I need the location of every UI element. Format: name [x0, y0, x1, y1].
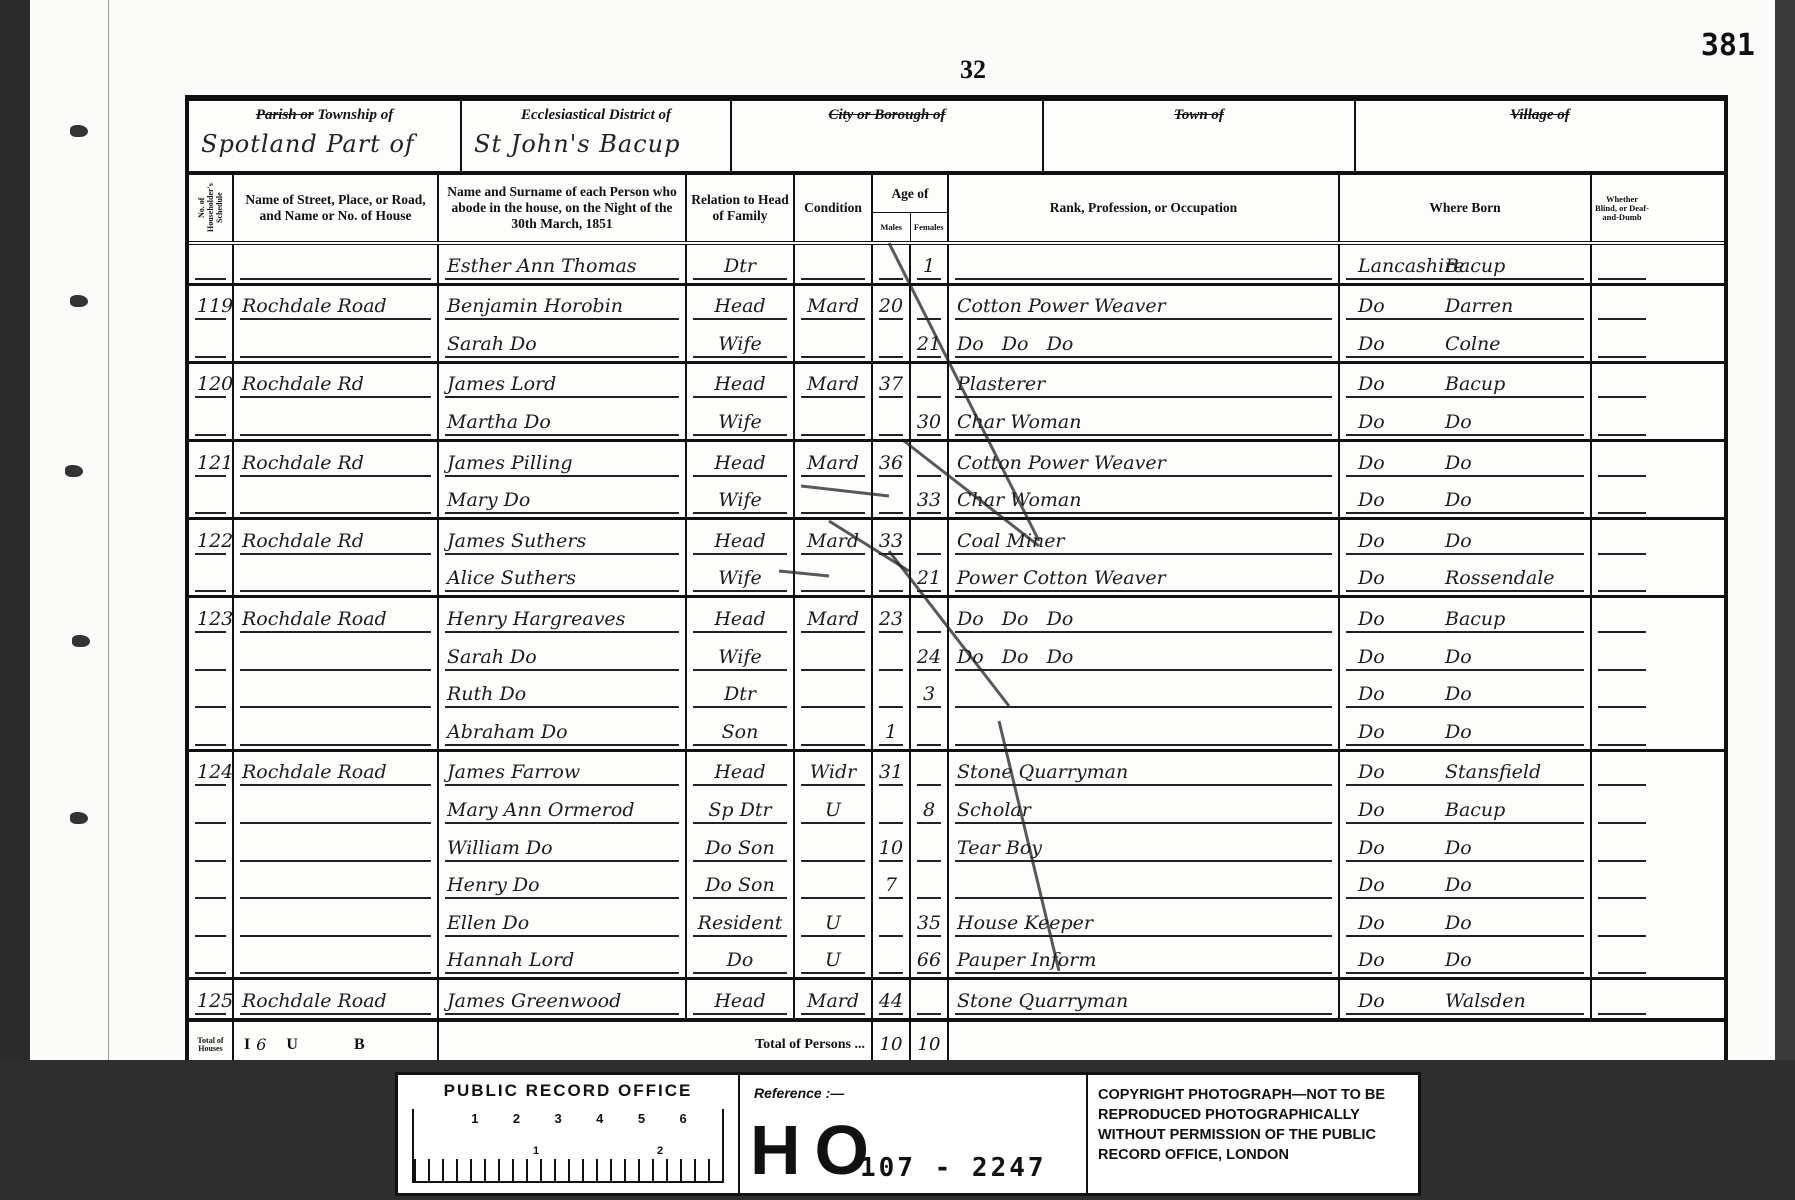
name-cell: Martha Do [439, 401, 687, 439]
relation-cell: Head [687, 442, 795, 480]
born-place: Do [1445, 452, 1472, 474]
male-age-cell: 37 [873, 364, 911, 402]
where-born-cell: DoBacup [1340, 789, 1592, 827]
female-age-cell [911, 980, 949, 1018]
relation-cell: Wife [687, 480, 795, 518]
name-value: James Pilling [447, 452, 573, 474]
male-age-cell: 7 [873, 865, 911, 903]
female-age-cell: 21 [911, 323, 949, 361]
town-label: Town of [1174, 107, 1224, 123]
occupation-value: Char Woman [957, 411, 1081, 433]
occupation-cell: Power Cotton Weaver [949, 558, 1340, 596]
relation-value: Head [687, 530, 793, 552]
occupation-value: Scholar [957, 799, 1031, 821]
blind-cell [1592, 980, 1652, 1018]
header-street: Name of Street, Place, or Road, and Name… [234, 175, 439, 241]
name-cell: Abraham Do [439, 711, 687, 749]
male-age-value: 37 [873, 373, 909, 395]
table-row: Abraham DoSon1DoDo [189, 711, 1724, 749]
schedule-cell: 122 [189, 520, 234, 558]
relation-value: Wife [687, 333, 793, 355]
condition-cell: Mard [795, 442, 873, 480]
condition-cell [795, 865, 873, 903]
table-row: Alice SuthersWife21Power Cotton WeaverDo… [189, 558, 1724, 596]
ruler-inch-label: 6 [679, 1111, 686, 1126]
schedule-cell [189, 558, 234, 596]
header-age: Age of Males Females [873, 175, 949, 241]
street-value: Rochdale Road [242, 990, 387, 1012]
born-county: Do [1358, 721, 1385, 743]
condition-value: Mard [795, 373, 871, 395]
occupation-value: House Keeper [957, 912, 1093, 934]
male-age-cell [873, 940, 911, 978]
male-age-cell: 44 [873, 980, 911, 1018]
header-where-born: Where Born [1340, 175, 1592, 241]
table-row: Esther Ann ThomasDtr1LancashireBacup [189, 245, 1724, 283]
born-place: Walsden [1445, 990, 1526, 1012]
name-value: Henry Do [447, 874, 540, 896]
table-row: Mary Ann OrmerodSp DtrU8ScholarDoBacup [189, 789, 1724, 827]
born-county: Do [1358, 295, 1385, 317]
name-value: William Do [447, 837, 553, 859]
female-age-value: 3 [911, 683, 947, 705]
relation-value: Head [687, 608, 793, 630]
table-row: 124Rochdale RoadJames FarrowHeadWidr31St… [189, 749, 1724, 790]
occupation-value: Do Do Do [957, 333, 1073, 355]
relation-cell: Do Son [687, 865, 795, 903]
name-value: James Greenwood [447, 990, 621, 1012]
occupation-cell: Scholar [949, 789, 1340, 827]
male-age-cell [873, 674, 911, 712]
reference-number: 107 - 2247 [860, 1153, 1047, 1183]
female-age-cell [911, 520, 949, 558]
name-value: Esther Ann Thomas [447, 255, 637, 277]
born-place: Do [1445, 721, 1472, 743]
header-schedule: No. of Householder's Schedule [189, 175, 234, 241]
relation-value: Head [687, 761, 793, 783]
relation-cell: Head [687, 364, 795, 402]
female-age-cell: 21 [911, 558, 949, 596]
born-county: Do [1358, 837, 1385, 859]
occupation-cell: Stone Quarryman [949, 752, 1340, 790]
female-age-value: 33 [911, 489, 947, 511]
relation-value: Head [687, 452, 793, 474]
name-cell: Ellen Do [439, 902, 687, 940]
village-cell: Village of [1356, 101, 1724, 171]
relation-cell: Do Son [687, 827, 795, 865]
header-occupation: Rank, Profession, or Occupation [949, 175, 1340, 241]
condition-value: Mard [795, 295, 871, 317]
relation-cell: Wife [687, 636, 795, 674]
born-county: Do [1358, 949, 1385, 971]
male-age-value: 44 [873, 990, 909, 1012]
name-cell: Benjamin Horobin [439, 286, 687, 324]
relation-value: Do Son [687, 837, 793, 859]
schedule-cell: 121 [189, 442, 234, 480]
born-place: Stansfield [1445, 761, 1541, 783]
name-cell: Ruth Do [439, 674, 687, 712]
street-cell: Rochdale Rd [234, 520, 439, 558]
occupation-value: Plasterer [957, 373, 1045, 395]
where-born-cell: DoDo [1340, 940, 1592, 978]
blind-cell [1592, 442, 1652, 480]
occupation-cell: Coal Miner [949, 520, 1340, 558]
born-place: Do [1445, 411, 1472, 433]
born-county: Do [1358, 608, 1385, 630]
condition-cell [795, 711, 873, 749]
occupation-cell [949, 245, 1340, 283]
condition-value: Mard [795, 990, 871, 1012]
condition-cell: U [795, 902, 873, 940]
female-age-value: 30 [911, 411, 947, 433]
born-place: Bacup [1445, 373, 1505, 395]
condition-cell: U [795, 940, 873, 978]
ruler-cm-label: 2 [657, 1145, 663, 1157]
schedule-cell [189, 711, 234, 749]
relation-value: Wife [687, 411, 793, 433]
table-row: Sarah DoWife24Do Do DoDoDo [189, 636, 1724, 674]
where-born-cell: DoDo [1340, 827, 1592, 865]
where-born-cell: DoDo [1340, 865, 1592, 903]
born-place: Do [1445, 949, 1472, 971]
occupation-cell: Char Woman [949, 480, 1340, 518]
schedule-cell [189, 245, 234, 283]
binding-hole [65, 465, 83, 477]
building-prefix: B [354, 1036, 365, 1054]
binding-hole [70, 295, 88, 307]
relation-value: Resident [687, 912, 793, 934]
occupation-cell: Tear Boy [949, 827, 1340, 865]
female-age-cell: 1 [911, 245, 949, 283]
table-row: Sarah DoWife21Do Do DoDoColne [189, 323, 1724, 361]
male-age-cell [873, 323, 911, 361]
column-headers: No. of Householder's Schedule Name of St… [189, 175, 1724, 245]
street-cell [234, 480, 439, 518]
table-row: Martha DoWife30Char WomanDoDo [189, 401, 1724, 439]
occupation-cell: Pauper Inform [949, 940, 1340, 978]
name-cell: Mary Do [439, 480, 687, 518]
name-value: Henry Hargreaves [447, 608, 625, 630]
condition-cell: U [795, 789, 873, 827]
header-age-label: Age of [873, 175, 947, 213]
blind-cell [1592, 865, 1652, 903]
occupation-value: Stone Quarryman [957, 761, 1128, 783]
born-county: Do [1358, 990, 1385, 1012]
schedule-cell [189, 865, 234, 903]
condition-cell [795, 674, 873, 712]
occupation-value: Do Do Do [957, 646, 1073, 668]
blind-cell [1592, 711, 1652, 749]
where-born-cell: DoWalsden [1340, 980, 1592, 1018]
occupation-cell [949, 865, 1340, 903]
male-age-cell [873, 558, 911, 596]
schedule-cell [189, 480, 234, 518]
table-row: 120Rochdale RdJames LordHeadMard37Plaste… [189, 361, 1724, 402]
where-born-cell: DoDo [1340, 401, 1592, 439]
condition-value: Mard [795, 452, 871, 474]
binding-hole [72, 635, 90, 647]
table-row: 119Rochdale RoadBenjamin HorobinHeadMard… [189, 283, 1724, 324]
born-place: Darren [1445, 295, 1513, 317]
born-county: Do [1358, 452, 1385, 474]
street-cell [234, 558, 439, 596]
occupation-cell: Cotton Power Weaver [949, 442, 1340, 480]
place-header: Parish or Township of Spotland Part of E… [189, 101, 1724, 175]
born-place: Do [1445, 489, 1472, 511]
table-row: Ellen DoResidentU35House KeeperDoDo [189, 902, 1724, 940]
name-value: James Suthers [447, 530, 586, 552]
born-county: Do [1358, 874, 1385, 896]
name-value: Ellen Do [447, 912, 529, 934]
female-age-cell [911, 286, 949, 324]
blind-cell [1592, 636, 1652, 674]
office-ruler-block: PUBLIC RECORD OFFICE 123456 12 [398, 1075, 740, 1193]
occupation-value: Cotton Power Weaver [957, 452, 1166, 474]
schedule-cell [189, 323, 234, 361]
street-cell [234, 401, 439, 439]
relation-cell: Resident [687, 902, 795, 940]
inhabited-prefix: I [244, 1036, 250, 1054]
table-row: Mary DoWife33Char WomanDoDo [189, 480, 1724, 518]
measurement-ruler: 123456 12 [412, 1109, 724, 1183]
born-county: Do [1358, 799, 1385, 821]
where-born-cell: DoDo [1340, 442, 1592, 480]
condition-value: U [795, 949, 871, 971]
ruler-inch-labels: 123456 [414, 1109, 722, 1126]
blind-cell [1592, 245, 1652, 283]
schedule-value: 125 [197, 990, 233, 1012]
relation-cell: Head [687, 598, 795, 636]
condition-cell [795, 323, 873, 361]
blind-cell [1592, 286, 1652, 324]
occupation-cell [949, 674, 1340, 712]
inhabited-count: 6 [256, 1035, 266, 1054]
schedule-cell [189, 401, 234, 439]
header-relation: Relation to Head of Family [687, 175, 795, 241]
condition-cell [795, 480, 873, 518]
blind-cell [1592, 401, 1652, 439]
relation-value: Do Son [687, 874, 793, 896]
relation-cell: Dtr [687, 245, 795, 283]
name-cell: James Greenwood [439, 980, 687, 1018]
schedule-cell [189, 902, 234, 940]
header-males: Males [873, 213, 911, 241]
schedule-cell: 119 [189, 286, 234, 324]
city-cell: City or Borough of [732, 101, 1044, 171]
name-cell: James Lord [439, 364, 687, 402]
table-row: 121Rochdale RdJames PillingHeadMard36Cot… [189, 439, 1724, 480]
condition-cell: Mard [795, 286, 873, 324]
margin-line [108, 0, 109, 1060]
male-age-value: 31 [873, 761, 909, 783]
female-age-cell [911, 752, 949, 790]
female-age-cell: 66 [911, 940, 949, 978]
relation-value: Head [687, 295, 793, 317]
male-age-value: 20 [873, 295, 909, 317]
name-cell: Esther Ann Thomas [439, 245, 687, 283]
occupation-cell: House Keeper [949, 902, 1340, 940]
where-born-cell: DoDarren [1340, 286, 1592, 324]
relation-value: Dtr [687, 683, 793, 705]
male-age-cell: 23 [873, 598, 911, 636]
ruler-cm-label: 1 [533, 1145, 539, 1157]
public-record-office-label: PUBLIC RECORD OFFICE 123456 12 Reference… [395, 1072, 1421, 1196]
condition-value: Mard [795, 608, 871, 630]
condition-value: U [795, 799, 871, 821]
female-age-cell: 8 [911, 789, 949, 827]
name-value: Ruth Do [447, 683, 526, 705]
where-born-cell: DoBacup [1340, 598, 1592, 636]
schedule-cell: 124 [189, 752, 234, 790]
street-cell [234, 940, 439, 978]
schedule-cell [189, 940, 234, 978]
where-born-cell: DoBacup [1340, 364, 1592, 402]
name-value: James Lord [447, 373, 556, 395]
schedule-value: 119 [197, 295, 233, 317]
header-blind-deaf: Whether Blind, or Deaf-and-Dumb [1592, 175, 1652, 241]
page-binding-shadow [0, 0, 30, 1200]
occupation-cell: Plasterer [949, 364, 1340, 402]
street-cell [234, 865, 439, 903]
header-name: Name and Surname of each Person who abod… [439, 175, 687, 241]
male-age-value: 23 [873, 608, 909, 630]
table-row: Henry DoDo Son7DoDo [189, 865, 1724, 903]
occupation-value: Pauper Inform [957, 949, 1096, 971]
where-born-cell: DoDo [1340, 902, 1592, 940]
street-value: Rochdale Rd [242, 452, 364, 474]
born-place: Bacup [1445, 799, 1505, 821]
name-cell: James Pilling [439, 442, 687, 480]
name-cell: William Do [439, 827, 687, 865]
condition-value: Mard [795, 530, 871, 552]
male-age-cell: 31 [873, 752, 911, 790]
blind-cell [1592, 598, 1652, 636]
street-cell: Rochdale Rd [234, 442, 439, 480]
schedule-cell: 120 [189, 364, 234, 402]
street-value: Rochdale Rd [242, 373, 364, 395]
name-value: James Farrow [447, 761, 580, 783]
relation-value: Wife [687, 489, 793, 511]
name-value: Sarah Do [447, 646, 537, 668]
female-age-value: 1 [911, 255, 947, 277]
born-county: Do [1358, 567, 1385, 589]
relation-cell: Son [687, 711, 795, 749]
ecclesiastical-label: Ecclesiastical District of [462, 107, 730, 124]
relation-value: Head [687, 373, 793, 395]
blind-cell [1592, 480, 1652, 518]
male-age-cell [873, 902, 911, 940]
male-age-cell: 1 [873, 711, 911, 749]
binding-hole [70, 812, 88, 824]
ruler-inch-label: 4 [596, 1111, 603, 1126]
reference-label: Reference :— [754, 1085, 844, 1101]
blind-cell [1592, 752, 1652, 790]
ruler-inch-label: 3 [555, 1111, 562, 1126]
female-age-value: 21 [911, 333, 947, 355]
town-cell: Town of [1044, 101, 1356, 171]
occupation-value: Cotton Power Weaver [957, 295, 1166, 317]
street-cell [234, 674, 439, 712]
female-age-cell [911, 711, 949, 749]
where-born-cell: DoDo [1340, 480, 1592, 518]
where-born-cell: DoDo [1340, 674, 1592, 712]
born-county: Do [1358, 530, 1385, 552]
schedule-cell [189, 636, 234, 674]
blind-cell [1592, 827, 1652, 865]
female-age-cell [911, 865, 949, 903]
occupation-value: Tear Boy [957, 837, 1042, 859]
name-value: Hannah Lord [447, 949, 574, 971]
where-born-cell: DoRossendale [1340, 558, 1592, 596]
blind-cell [1592, 674, 1652, 712]
street-value: Rochdale Road [242, 295, 387, 317]
township-label: Township of [317, 107, 393, 123]
born-place: Do [1445, 912, 1472, 934]
born-place: Do [1445, 530, 1472, 552]
relation-value: Son [687, 721, 793, 743]
table-row: Hannah LordDoU66Pauper InformDoDo [189, 940, 1724, 978]
street-cell: Rochdale Rd [234, 364, 439, 402]
blind-cell [1592, 789, 1652, 827]
table-row: 125Rochdale RoadJames GreenwoodHeadMard4… [189, 977, 1724, 1018]
street-cell [234, 636, 439, 674]
schedule-value: 122 [197, 530, 233, 552]
born-place: Do [1445, 837, 1472, 859]
ruler-ticks [414, 1159, 722, 1181]
relation-cell: Head [687, 752, 795, 790]
occupation-cell: Cotton Power Weaver [949, 286, 1340, 324]
male-age-value: 10 [873, 837, 909, 859]
female-age-value: 8 [911, 799, 947, 821]
female-age-cell: 33 [911, 480, 949, 518]
condition-cell: Mard [795, 520, 873, 558]
condition-cell [795, 558, 873, 596]
name-cell: Henry Do [439, 865, 687, 903]
occupation-cell [949, 711, 1340, 749]
blind-cell [1592, 902, 1652, 940]
copyright-notice: COPYRIGHT PHOTOGRAPH—NOT TO BE REPRODUCE… [1088, 1075, 1418, 1193]
street-value: Rochdale Road [242, 608, 387, 630]
uninhabited-prefix: U [286, 1036, 298, 1054]
schedule-cell [189, 789, 234, 827]
name-value: Abraham Do [447, 721, 568, 743]
occupation-cell: Do Do Do [949, 636, 1340, 674]
where-born-cell: DoDo [1340, 711, 1592, 749]
where-born-cell: DoDo [1340, 520, 1592, 558]
table-row: Ruth DoDtr3DoDo [189, 674, 1724, 712]
condition-value: Widr [795, 761, 871, 783]
blind-cell [1592, 364, 1652, 402]
name-cell: Henry Hargreaves [439, 598, 687, 636]
reference-block: Reference :— HO 107 - 2247 [740, 1075, 1088, 1193]
male-age-cell [873, 245, 911, 283]
condition-cell: Widr [795, 752, 873, 790]
ruler-inch-label: 1 [471, 1111, 478, 1126]
relation-cell: Sp Dtr [687, 789, 795, 827]
census-form: Parish or Township of Spotland Part of E… [185, 95, 1728, 1072]
relation-cell: Do [687, 940, 795, 978]
male-age-value: 7 [873, 874, 909, 896]
born-place: Bacup [1445, 255, 1505, 277]
ecclesiastical-value: St John's Bacup [462, 130, 730, 158]
relation-cell: Head [687, 520, 795, 558]
parish-cell: Parish or Township of Spotland Part of [189, 101, 462, 171]
name-value: Alice Suthers [447, 567, 576, 589]
female-age-value: 24 [911, 646, 947, 668]
occupation-value: Do Do Do [957, 608, 1073, 630]
relation-cell: Head [687, 980, 795, 1018]
street-cell [234, 902, 439, 940]
